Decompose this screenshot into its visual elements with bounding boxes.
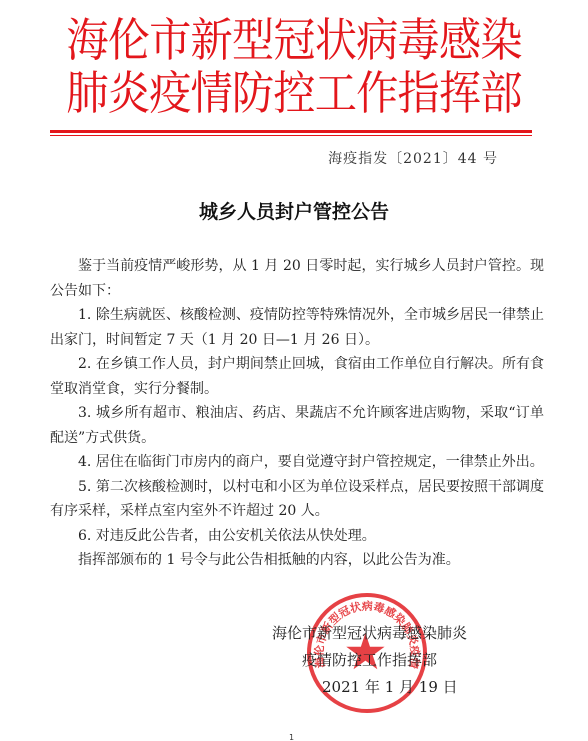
intro-paragraph: 鉴于当前疫情严峻形势，从 1 月 20 日零时起，实行城乡人员封户管控。现公告如… (50, 254, 544, 303)
signature-date: 2021 年 1 月 19 日 (272, 674, 488, 701)
item-paragraph: 3. 城乡所有超市、粮油店、药店、果蔬店不允许顾客进店购物，采取“订单配送”方式… (50, 401, 544, 450)
red-divider-thin (50, 135, 532, 136)
notice-title: 城乡人员封户管控公告 (0, 197, 588, 224)
issuer-header-line1: 海伦市新型冠状病毒感染 (24, 14, 565, 67)
item-paragraph: 5. 第二次核酸检测时，以村屯和小区为单位设采样点，居民要按照干部调度有序采样，… (50, 475, 544, 524)
issuer-header-line2: 肺炎疫情防控工作指挥部 (24, 67, 565, 120)
document-number: 海疫指发〔2021〕44 号 (328, 148, 498, 168)
item-paragraph: 6. 对违反此公告者，由公安机关依法从快处理。 (50, 524, 544, 549)
closing-paragraph: 指挥部颁布的 1 号令与此公告相抵触的内容，以此公告为准。 (50, 548, 544, 573)
item-paragraph: 1. 除生病就医、核酸检测、疫情防控等特殊情况外，全市城乡居民一律禁止出家门，时… (50, 303, 544, 352)
signature-org-line2: 疫情防控工作指挥部 (272, 647, 488, 674)
page-number: 1 (289, 733, 294, 741)
notice-body: 鉴于当前疫情严峻形势，从 1 月 20 日零时起，实行城乡人员封户管控。现公告如… (50, 254, 544, 573)
issuer-header: 海伦市新型冠状病毒感染 肺炎疫情防控工作指挥部 (24, 14, 565, 120)
signature-block: 海伦市新型冠状病毒感染肺炎 疫情防控工作指挥部 2021 年 1 月 19 日 (272, 620, 488, 701)
item-paragraph: 2. 在乡镇工作人员，封户期间禁止回城，食宿由工作单位自行解决。所有食堂取消堂食… (50, 352, 544, 401)
red-divider-thick (50, 130, 532, 133)
item-paragraph: 4. 居住在临街门市房内的商户，要自觉遵守封户管控规定，一律禁止外出。 (50, 450, 544, 475)
signature-org-line1: 海伦市新型冠状病毒感染肺炎 (272, 620, 488, 647)
